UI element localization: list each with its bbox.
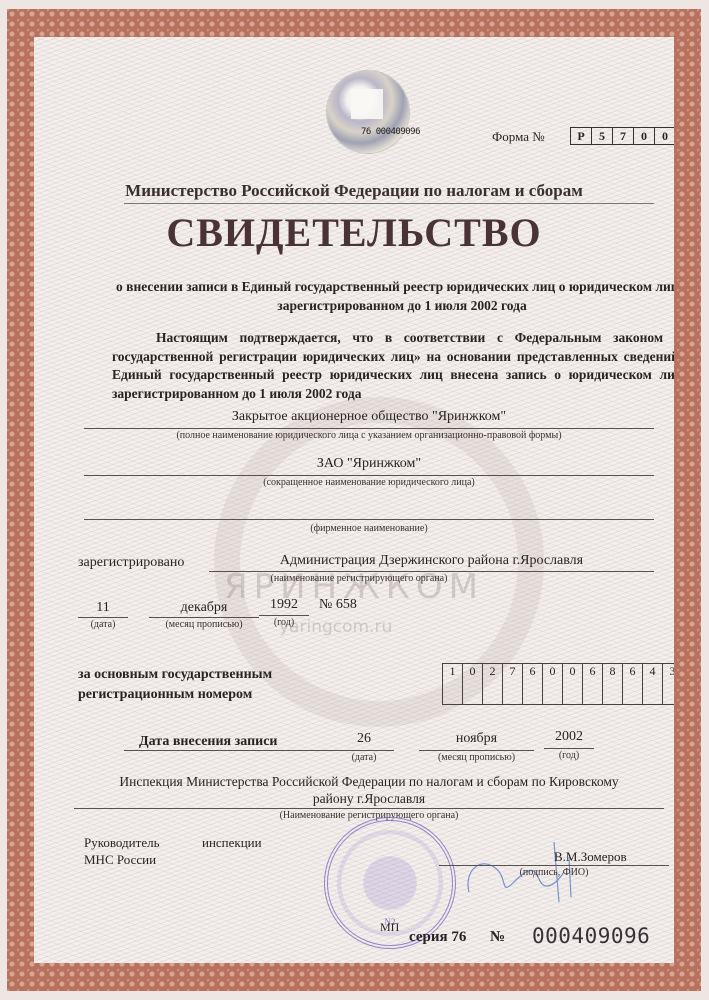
document-title: СВИДЕТЕЛЬСТВО <box>34 209 674 256</box>
ogrn-digit: 6 <box>623 664 643 704</box>
entry-month-hint: (месяц прописью) <box>419 752 534 763</box>
short-name-value: ЗАО "Яринжком" <box>84 456 654 472</box>
divider <box>124 203 654 204</box>
year-hint: (год) <box>259 617 309 628</box>
signatory-hint: (подпись, ФИО) <box>504 867 604 878</box>
underline <box>78 617 128 618</box>
signatory-name: В.М.Зомеров <box>554 849 627 865</box>
inspection-name-line2: району г.Ярославля <box>74 791 664 807</box>
ministry-heading: Министерство Российской Федерации по нал… <box>34 181 674 201</box>
form-code: Р 5 7 0 0 1 <box>570 127 674 145</box>
registration-month: декабря <box>149 600 259 616</box>
ogrn-digit: 6 <box>523 664 543 704</box>
underline <box>544 748 594 749</box>
day-hint: (дата) <box>78 619 128 630</box>
certificate-sheet: ЯРИНЖКОМ yaringcom.ru 76 000409096 Форма… <box>34 37 674 963</box>
registering-authority-hint: (наименование регистрирующего органа) <box>209 573 509 584</box>
month-hint: (месяц прописью) <box>149 619 259 630</box>
ogrn-digit: 6 <box>583 664 603 704</box>
ogrn-digit: 0 <box>463 664 483 704</box>
entry-year-hint: (год) <box>544 750 594 761</box>
ogrn-digit: 4 <box>643 664 663 704</box>
document-subtitle: о внесении записи в Единый государственн… <box>112 277 674 315</box>
signatory-role-word2: инспекции <box>202 835 262 851</box>
ogrn-digit: 2 <box>483 664 503 704</box>
hologram-serial: 76 000409096 <box>361 127 420 137</box>
underline <box>419 750 534 751</box>
inspection-name-line1: Инспекция Министерства Российской Федера… <box>74 774 664 790</box>
ogrn-digit: 3 <box>663 664 674 704</box>
underline <box>74 808 664 809</box>
underline <box>209 571 654 572</box>
form-code-char: 5 <box>592 128 613 144</box>
emblem-icon <box>351 89 383 119</box>
form-code-char: 0 <box>655 128 674 144</box>
ogrn-label-line1: за основным государственным <box>78 667 272 683</box>
mp-label: МП <box>380 920 399 935</box>
brand-name-hint: (фирменное наименование) <box>84 523 654 534</box>
full-name-hint: (полное наименование юридического лица с… <box>84 430 654 441</box>
registering-authority: Администрация Дзержинского района г.Ярос… <box>209 553 654 569</box>
hologram-seal: 76 000409096 <box>327 71 409 153</box>
ogrn-number: 1 0 2 7 6 0 0 6 8 6 4 3 1 <box>442 663 674 705</box>
form-code-char: 0 <box>634 128 655 144</box>
entry-year: 2002 <box>544 729 594 745</box>
entry-month: ноября <box>419 731 534 747</box>
entry-day: 26 <box>334 731 394 747</box>
underline <box>259 615 309 616</box>
certificate-border: ЯРИНЖКОМ yaringcom.ru 76 000409096 Форма… <box>7 9 701 991</box>
ogrn-digit: 0 <box>543 664 563 704</box>
ogrn-digit: 1 <box>443 664 463 704</box>
form-code-char: Р <box>571 128 592 144</box>
underline <box>84 428 654 429</box>
signatory-role-line2: МНС России <box>84 852 156 868</box>
ogrn-digit: 8 <box>603 664 623 704</box>
registration-year: 1992 <box>259 597 309 613</box>
ogrn-digit: 0 <box>563 664 583 704</box>
registration-day: 11 <box>78 600 128 616</box>
ogrn-digit: 7 <box>503 664 523 704</box>
underline <box>84 519 654 520</box>
entry-date-label: Дата внесения записи <box>139 734 278 750</box>
full-name-value: Закрытое акционерное общество "Яринжком" <box>84 409 654 425</box>
form-label: Форма № <box>492 129 545 145</box>
short-name-hint: (сокращенное наименование юридического л… <box>84 477 654 488</box>
entry-day-hint: (дата) <box>334 752 394 763</box>
series-label: серия 76 <box>409 929 466 946</box>
ogrn-label-line2: регистрационным номером <box>78 687 252 703</box>
registered-label: зарегистрировано <box>78 555 184 571</box>
certificate-serial: 000409096 <box>532 924 650 948</box>
registration-number: № 658 <box>319 597 357 613</box>
signature-line <box>439 865 669 866</box>
confirmation-paragraph: Настоящим подтверждается, что в соответс… <box>112 329 674 403</box>
underline <box>84 475 654 476</box>
number-sign: № <box>490 929 505 946</box>
underline <box>149 617 259 618</box>
underline <box>124 750 394 751</box>
form-code-char: 7 <box>613 128 634 144</box>
signatory-role-line1: Руководитель <box>84 835 160 851</box>
